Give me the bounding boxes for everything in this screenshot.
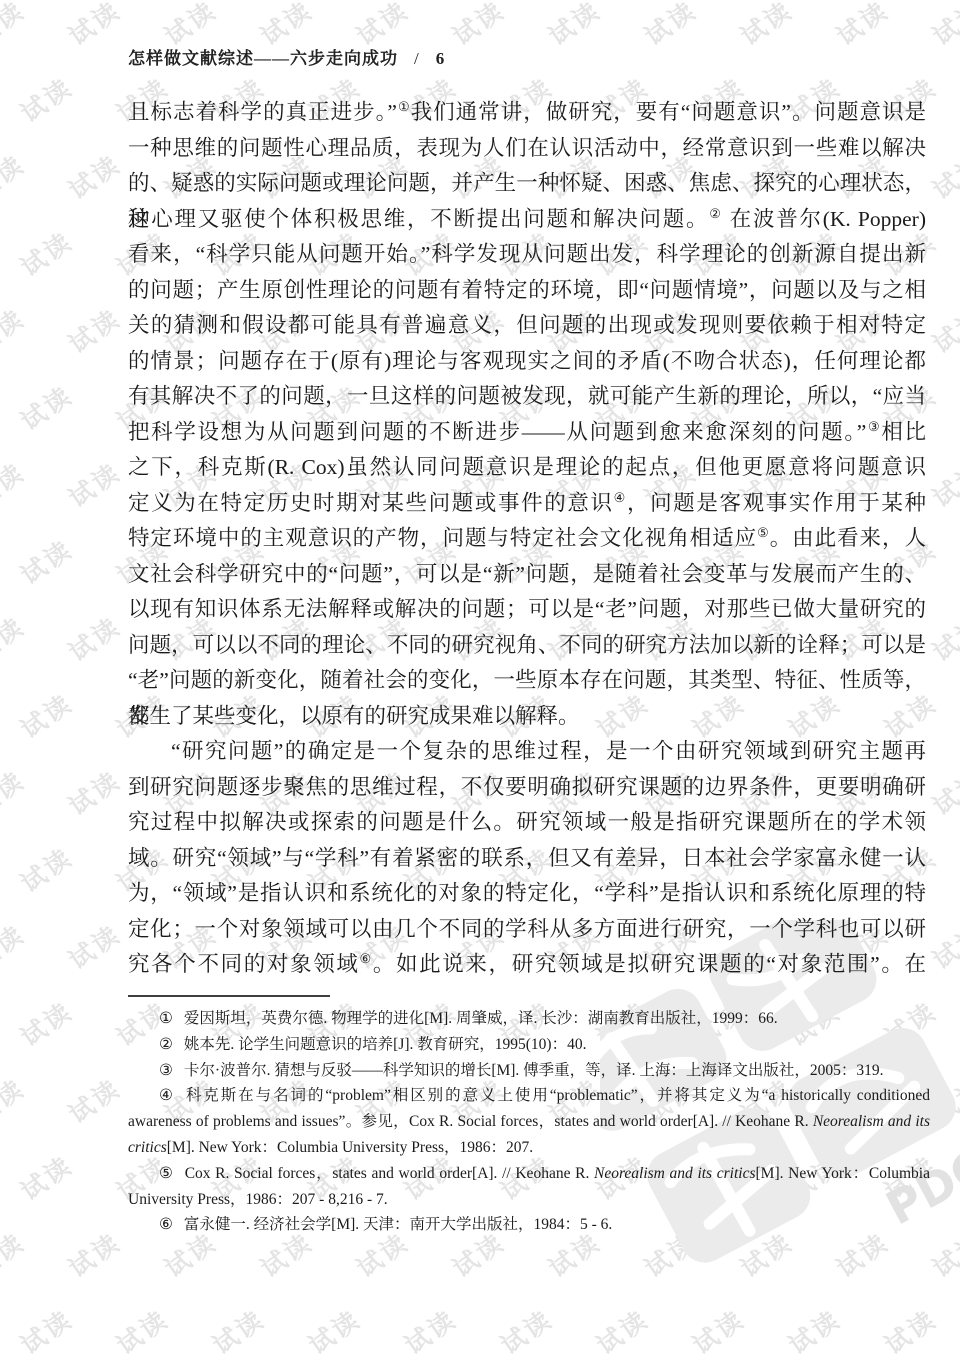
footnote-ref: ③: [866, 418, 881, 433]
body-text-line: 发生了某些变化，以原有的研究成果难以解释。: [128, 699, 926, 735]
body-text-line: 一种思维的问题性心理品质，表现为人们在认识活动中，经常意识到一些难以解决: [128, 131, 926, 167]
body-text-line: 看来，“科学只能从问题开始。”科学发现从问题出发，科学理论的创新源自提出新: [128, 237, 926, 273]
body-text-line: 问题，可以以不同的理论、不同的研究视角、不同的研究方法加以新的诠释；可以是: [128, 628, 926, 664]
footnote-ref: ④: [614, 489, 627, 504]
footnote-marker: ②: [159, 1036, 184, 1053]
body-text-line: 的问题；产生原创性理论的问题有着特定的环境，即“问题情境”，问题以及与之相: [128, 273, 926, 309]
body-text-line: 究各个不同的对象领域⑥。如此说来，研究领域是拟研究课题的“对象范围”。在: [128, 947, 926, 983]
footnote-text: 卡尔·波普尔. 猜想与反驳——科学知识的增长[M]. 傅季重，等，译. 上海：上…: [184, 1062, 884, 1079]
page-number: 6: [436, 49, 446, 68]
main-text: 且标志着科学的真正进步。”①我们通常讲，做研究，要有“问题意识”。问题意识是一种…: [128, 95, 926, 983]
footnote-separator-rule: [128, 995, 330, 997]
body-text-line: 且标志着科学的真正进步。”①我们通常讲，做研究，要有“问题意识”。问题意识是: [128, 95, 926, 131]
footnote-ref: ⑤: [757, 525, 770, 540]
footnote-text: 爱因斯坦，英费尔德. 物理学的进化[M]. 周肇威，译. 长沙：湖南教育出版社，…: [184, 1010, 778, 1027]
paragraph-1: 且标志着科学的真正进步。”①我们通常讲，做研究，要有“问题意识”。问题意识是一种…: [128, 95, 926, 734]
body-text-line: 究过程中拟解决或探索的问题是什么。研究领域一般是指研究课题所在的学术领: [128, 805, 926, 841]
footnote-text: Cox R. Social forces，states and world or…: [185, 1165, 594, 1182]
footnote-entry: ③卡尔·波普尔. 猜想与反驳——科学知识的增长[M]. 傅季重，等，译. 上海：…: [128, 1058, 930, 1084]
body-text-line: 之下，科克斯(R. Cox)虽然认同问题意识是理论的起点，但他更愿意将问题意识: [128, 450, 926, 486]
body-text-line: 到研究问题逐步聚焦的思维过程，不仅要明确拟研究课题的边界条件，更要明确研: [128, 770, 926, 806]
body-text-line: 特定环境中的主观意识的产物，问题与特定社会文化视角相适应⑤。由此看来，人: [128, 521, 926, 557]
book-title: 怎样做文献综述——六步走向成功: [128, 49, 398, 68]
footnote-marker: ⑤: [159, 1165, 185, 1182]
footnote-marker: ①: [159, 1010, 184, 1027]
footnote-text: 姚本先. 论学生问题意识的培养[J]. 教育研究，1995(10)：40.: [184, 1036, 587, 1053]
footnote-entry: ⑥富永健一. 经济社会学[M]. 天津：南开大学出版社，1984：5 - 6.: [128, 1212, 930, 1238]
body-text-line: 以现有知识体系无法解释或解决的问题；可以是“老”问题，对那些已做大量研究的: [128, 592, 926, 628]
footnotes: ①爱因斯坦，英费尔德. 物理学的进化[M]. 周肇威，译. 长沙：湖南教育出版社…: [128, 1006, 930, 1238]
footnote-text: [M]. New York：Columbia University Press，…: [167, 1139, 533, 1156]
footnote-ref: ①: [397, 99, 411, 114]
footnote-text: 科克斯在与名词的“problem”相区别的意义上使用“problematic”，…: [128, 1087, 930, 1130]
footnote-text: 富永健一. 经济社会学[M]. 天津：南开大学出版社，1984：5 - 6.: [184, 1216, 612, 1233]
footnote-entry: ④科克斯在与名词的“problem”相区别的意义上使用“problematic”…: [128, 1083, 930, 1160]
footnote-entry: ⑤Cox R. Social forces，states and world o…: [128, 1161, 930, 1213]
body-text-line: 有其解决不了的问题，一旦这样的问题被发现，就可能产生新的理论，所以，“应当: [128, 379, 926, 415]
body-text-line: “老”问题的新变化，随着社会的变化，一些原本存在问题，其类型、特征、性质等，都: [128, 663, 926, 699]
footnote-marker: ③: [159, 1062, 184, 1079]
body-text-line: 把科学设想为从问题到问题的不断进步——从问题到愈来愈深刻的问题。”③相比: [128, 415, 926, 451]
header-separator: /: [414, 49, 420, 68]
footnote-ref: ⑥: [360, 951, 373, 966]
footnote-marker: ④: [159, 1087, 186, 1104]
body-text-line: 的情景；问题存在于(原有)理论与客观现实之间的矛盾(不吻合状态)，任何理论都: [128, 344, 926, 380]
footnote-entry: ①爱因斯坦，英费尔德. 物理学的进化[M]. 周肇威，译. 长沙：湖南教育出版社…: [128, 1006, 930, 1032]
body-text-line: 种心理又驱使个体积极思维，不断提出问题和解决问题。② 在波普尔(K. Poppe…: [128, 202, 926, 238]
footnote-marker: ⑥: [159, 1216, 184, 1233]
body-text-line: 域。研究“领域”与“学科”有着紧密的联系，但又有差异，日本社会学家富永健一认: [128, 841, 926, 877]
footnote-entry: ②姚本先. 论学生问题意识的培养[J]. 教育研究，1995(10)：40.: [128, 1032, 930, 1058]
footnote-italic-text: Neorealism and its critics: [594, 1165, 756, 1182]
body-text-line: “研究问题”的确定是一个复杂的思维过程，是一个由研究领域到研究主题再: [128, 734, 926, 770]
body-text-line: 为，“领域”是指认识和系统化的对象的特定化，“学科”是指认识和系统化原理的特: [128, 876, 926, 912]
body-text-line: 文社会科学研究中的“问题”，可以是“新”问题，是随着社会变革与发展而产生的、: [128, 557, 926, 593]
paragraph-2: “研究问题”的确定是一个复杂的思维过程，是一个由研究领域到研究主题再到研究问题逐…: [128, 734, 926, 983]
running-header: 怎样做文献综述——六步走向成功/6: [128, 44, 928, 69]
body-text-line: 定化；一个对象领域可以由几个不同的学科从多方面进行研究，一个学科也可以研: [128, 912, 926, 948]
footnote-ref: ②: [709, 205, 722, 220]
body-text-line: 的、疑惑的实际问题或理论问题，并产生一种怀疑、困惑、焦虑、探究的心理状态，这: [128, 166, 926, 202]
page-content: 怎样做文献综述——六步走向成功/6 且标志着科学的真正进步。”①我们通常讲，做研…: [0, 0, 960, 1357]
body-text-line: 关的猜测和假设都可能具有普遍意义，但问题的出现或发现则要依赖于相对特定: [128, 308, 926, 344]
body-text-line: 定义为在特定历史时期对某些问题或事件的意识④，问题是客观事实作用于某种: [128, 486, 926, 522]
scanned-book-page: { "header": { "title": "怎样做文献综述——六步走向成功"…: [0, 0, 960, 1357]
